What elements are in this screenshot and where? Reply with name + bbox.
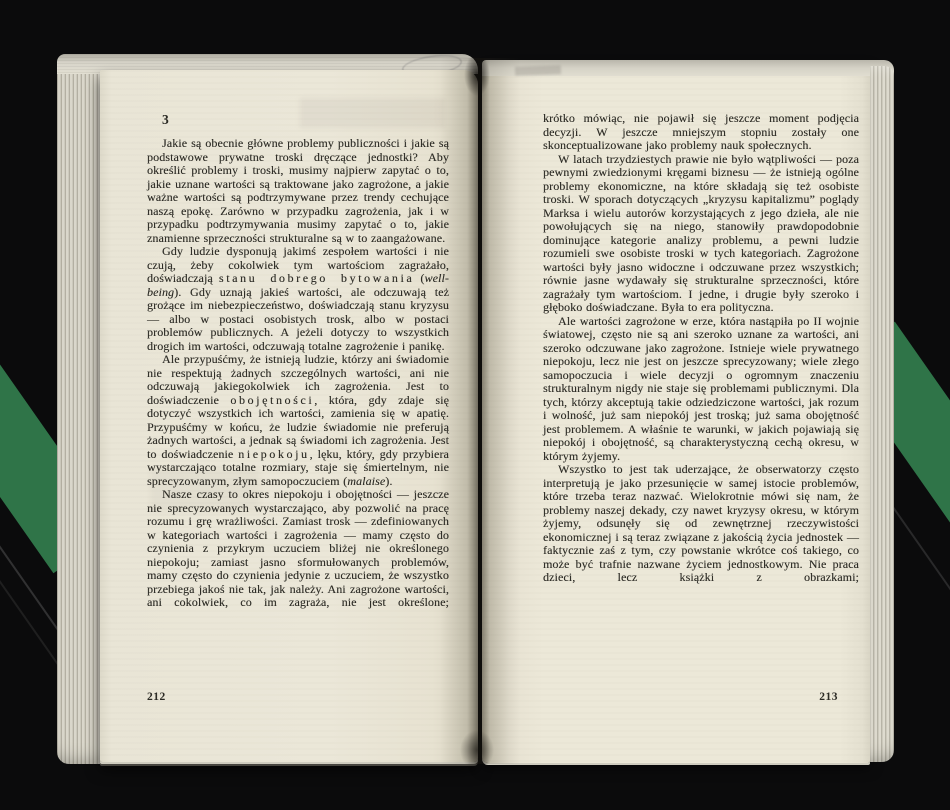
right-page-number: 213: [798, 691, 838, 703]
text-segment: niepokoju: [238, 447, 309, 461]
page-stack-right-edge: [870, 66, 894, 762]
text-segment: Nasze czasy to okres niepokoju i obojętn…: [147, 487, 449, 609]
text-segment: (: [414, 271, 424, 285]
paragraph: Wszystko to jest tak uderzające, że obse…: [543, 463, 859, 585]
text-segment: malaise: [347, 474, 385, 488]
text-segment: Wszystko to jest tak uderzające, że obse…: [543, 462, 859, 584]
text-segment: obojętności: [230, 393, 314, 407]
right-page-text-column: krótko mówiąc, nie pojawił się jeszcze m…: [543, 112, 859, 585]
paragraph: W latach trzydziestych prawie nie było w…: [543, 153, 859, 315]
paragraph: krótko mówiąc, nie pojawił się jeszcze m…: [543, 112, 859, 153]
section-number-heading: 3: [162, 110, 449, 129]
left-page-number: 212: [147, 691, 166, 703]
text-segment: W latach trzydziestych prawie nie było w…: [543, 152, 859, 315]
text-segment: ).: [385, 474, 392, 488]
paragraph: Ale wartości zagrożone w erze, która nas…: [543, 315, 859, 464]
text-segment: Jakie są obecnie główne problemy publicz…: [147, 136, 449, 245]
text-segment: Ale wartości zagrożone w erze, która nas…: [543, 314, 859, 463]
text-segment: ). Gdy uznają jakieś wartości, ale odczu…: [147, 285, 449, 353]
page-stack-left-edge: [57, 60, 100, 764]
paragraph: Nasze czasy to okres niepokoju i obojętn…: [147, 488, 449, 610]
page-block-top-edge-right: [482, 60, 894, 76]
text-segment: stanu dobrego bytowania: [219, 271, 414, 285]
paragraph: Gdy ludzie dysponują jakimś zespołem war…: [147, 245, 449, 353]
text-segment: krótko mówiąc, nie pojawił się jeszcze m…: [543, 111, 859, 152]
paragraph: Ale przypuśćmy, że istnieją ludzie, któr…: [147, 353, 449, 488]
left-page-text-column: 3 Jakie są obecnie główne problemy publi…: [147, 110, 449, 610]
open-book-photo: 3 Jakie są obecnie główne problemy publi…: [0, 0, 950, 810]
right-page-paragraphs: krótko mówiąc, nie pojawił się jeszcze m…: [543, 112, 859, 585]
left-page-paragraphs: Jakie są obecnie główne problemy publicz…: [147, 137, 449, 610]
paragraph: Jakie są obecnie główne problemy publicz…: [147, 137, 449, 245]
